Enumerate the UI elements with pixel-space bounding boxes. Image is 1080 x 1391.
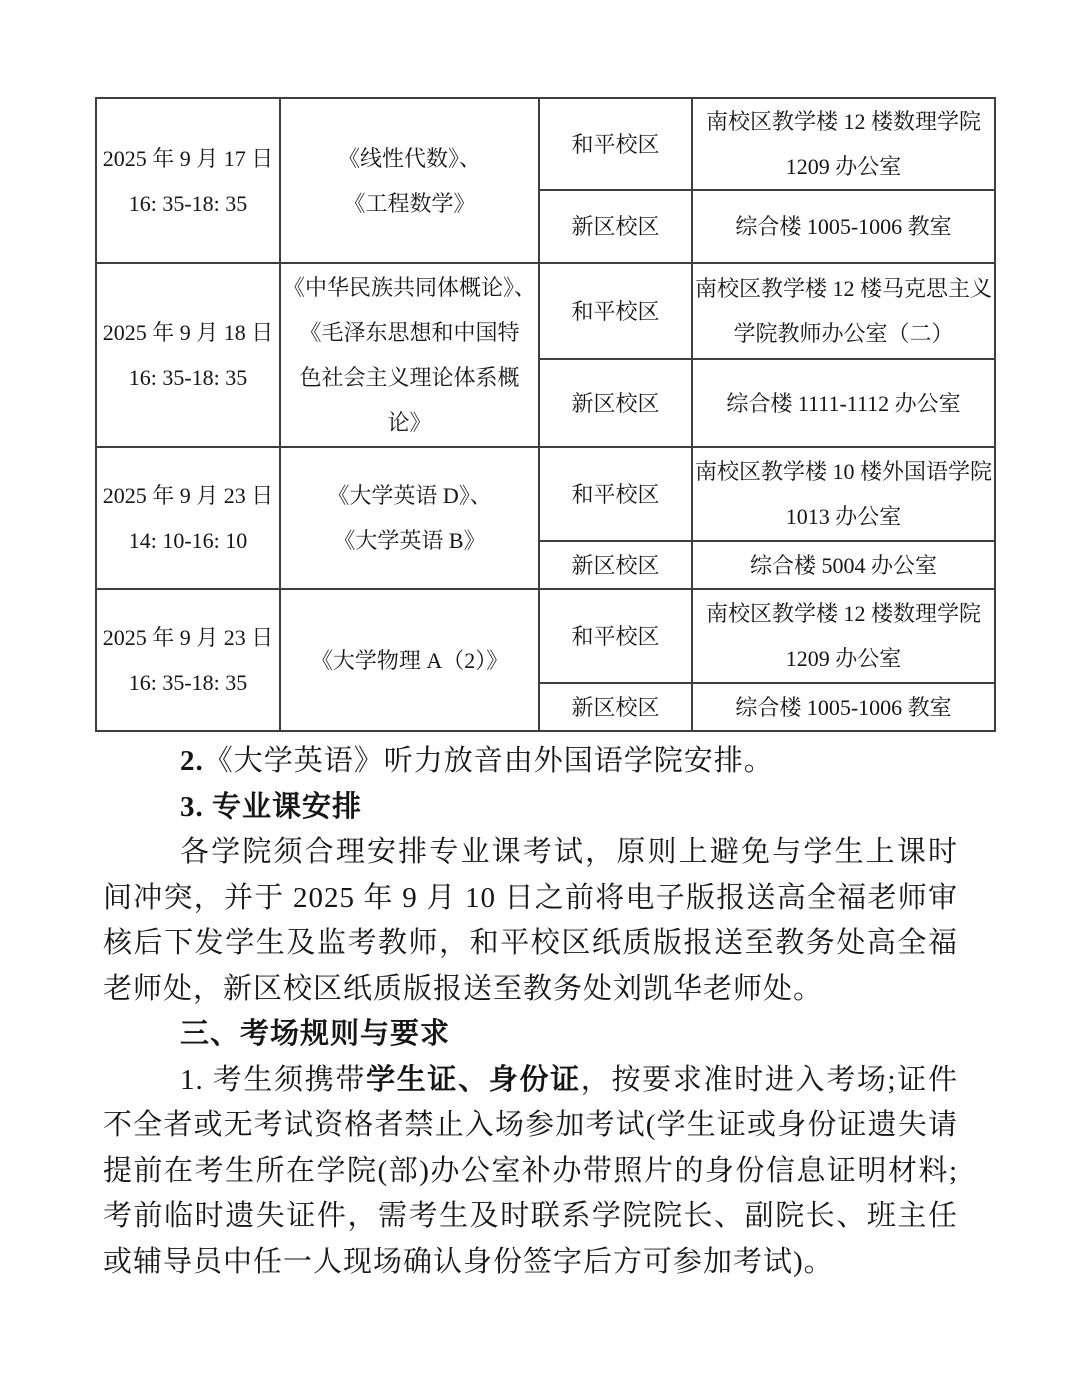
course-line: 论》 <box>283 400 536 445</box>
note-item-2-text: 《大学英语》听力放音由外国语学院安排。 <box>204 745 774 777</box>
course-cell: 《大学物理 A（2）》 <box>280 589 539 731</box>
exam-date-cell: 2025 年 9 月 18 日 16: 35-18: 35 <box>96 263 280 447</box>
course-cell: 《线性代数》、 《工程数学》 <box>280 98 539 263</box>
location-cell: 综合楼 1005-1006 教室 <box>692 683 995 731</box>
location-cell: 南校区教学楼 12 楼马克思主义 学院教师办公室（二） <box>692 263 995 359</box>
exam-schedule-table: 2025 年 9 月 17 日 16: 35-18: 35 《线性代数》、 《工… <box>95 97 996 732</box>
table-row: 2025 年 9 月 23 日 14: 10-16: 10 《大学英语 D》、 … <box>96 447 995 541</box>
location-line: 1013 办公室 <box>695 494 992 539</box>
exam-time: 16: 35-18: 35 <box>99 181 277 226</box>
exam-date: 2025 年 9 月 23 日 <box>99 473 277 518</box>
location-line: 南校区教学楼 10 楼外国语学院 <box>695 449 992 494</box>
course-line: 《大学英语 B》 <box>283 518 536 563</box>
table-row: 2025 年 9 月 23 日 16: 35-18: 35 《大学物理 A（2）… <box>96 589 995 683</box>
exam-date: 2025 年 9 月 23 日 <box>99 615 277 660</box>
exam-date-cell: 2025 年 9 月 23 日 14: 10-16: 10 <box>96 447 280 589</box>
exam-date: 2025 年 9 月 18 日 <box>99 310 277 355</box>
note-item-2: 2.《大学英语》听力放音由外国语学院安排。 <box>103 739 958 785</box>
rule-1-prefix: 1. 考生须携带 <box>180 1064 366 1096</box>
campus-cell: 和平校区 <box>539 589 692 683</box>
exam-date: 2025 年 9 月 17 日 <box>99 136 277 181</box>
document-body: 2.《大学英语》听力放音由外国语学院安排。 3. 专业课安排 各学院须合理安排专… <box>103 739 958 1285</box>
course-line: 《线性代数》、 <box>283 136 536 181</box>
exam-time: 14: 10-16: 10 <box>99 518 277 563</box>
section-three-heading: 三、考场规则与要求 <box>103 1012 958 1058</box>
location-line: 学院教师办公室（二） <box>695 311 992 356</box>
table-row: 2025 年 9 月 18 日 16: 35-18: 35 《中华民族共同体概论… <box>96 263 995 359</box>
course-line: 色社会主义理论体系概 <box>283 355 536 400</box>
course-line: 《大学英语 D》、 <box>283 473 536 518</box>
location-line: 1209 办公室 <box>695 144 992 189</box>
location-cell: 综合楼 1005-1006 教室 <box>692 190 995 263</box>
location-cell: 南校区教学楼 12 楼数理学院 1209 办公室 <box>692 589 995 683</box>
location-cell: 综合楼 5004 办公室 <box>692 541 995 589</box>
location-cell: 南校区教学楼 12 楼数理学院 1209 办公室 <box>692 98 995 190</box>
campus-cell: 和平校区 <box>539 447 692 541</box>
rule-1-required-ids: 学生证、身份证 <box>366 1064 581 1096</box>
location-line: 综合楼 1111-1112 办公室 <box>695 381 992 426</box>
course-line: 《大学物理 A（2）》 <box>283 638 536 683</box>
course-line: 《毛泽东思想和中国特 <box>283 310 536 355</box>
course-cell: 《大学英语 D》、 《大学英语 B》 <box>280 447 539 589</box>
rule-1-paragraph: 1. 考生须携带学生证、身份证，按要求准时进入考场;证件不全者或无考试资格者禁止… <box>103 1058 958 1286</box>
campus-cell: 新区校区 <box>539 541 692 589</box>
course-cell: 《中华民族共同体概论》、 《毛泽东思想和中国特 色社会主义理论体系概 论》 <box>280 263 539 447</box>
location-cell: 综合楼 1111-1112 办公室 <box>692 359 995 447</box>
campus-cell: 新区校区 <box>539 359 692 447</box>
location-cell: 南校区教学楼 10 楼外国语学院 1013 办公室 <box>692 447 995 541</box>
note-item-2-number: 2. <box>180 745 204 777</box>
campus-cell: 和平校区 <box>539 98 692 190</box>
campus-cell: 新区校区 <box>539 190 692 263</box>
exam-date-cell: 2025 年 9 月 17 日 16: 35-18: 35 <box>96 98 280 263</box>
exam-time: 16: 35-18: 35 <box>99 660 277 705</box>
location-line: 1209 办公室 <box>695 636 992 681</box>
exam-date-cell: 2025 年 9 月 23 日 16: 35-18: 35 <box>96 589 280 731</box>
document-page: 2025 年 9 月 17 日 16: 35-18: 35 《线性代数》、 《工… <box>0 0 1080 1391</box>
location-line: 综合楼 5004 办公室 <box>695 543 992 588</box>
location-line: 南校区教学楼 12 楼数理学院 <box>695 99 992 144</box>
note-item-3-heading: 3. 专业课安排 <box>103 785 958 831</box>
exam-time: 16: 35-18: 35 <box>99 355 277 400</box>
table-row: 2025 年 9 月 17 日 16: 35-18: 35 《线性代数》、 《工… <box>96 98 995 190</box>
location-line: 南校区教学楼 12 楼马克思主义 <box>695 266 992 311</box>
course-line: 《工程数学》 <box>283 181 536 226</box>
note-item-3-paragraph: 各学院须合理安排专业课考试，原则上避免与学生上课时间冲突，并于 2025 年 9… <box>103 830 958 1012</box>
location-line: 综合楼 1005-1006 教室 <box>695 204 992 249</box>
campus-cell: 和平校区 <box>539 263 692 359</box>
location-line: 综合楼 1005-1006 教室 <box>695 685 992 730</box>
course-line: 《中华民族共同体概论》、 <box>283 265 536 310</box>
campus-cell: 新区校区 <box>539 683 692 731</box>
location-line: 南校区教学楼 12 楼数理学院 <box>695 591 992 636</box>
